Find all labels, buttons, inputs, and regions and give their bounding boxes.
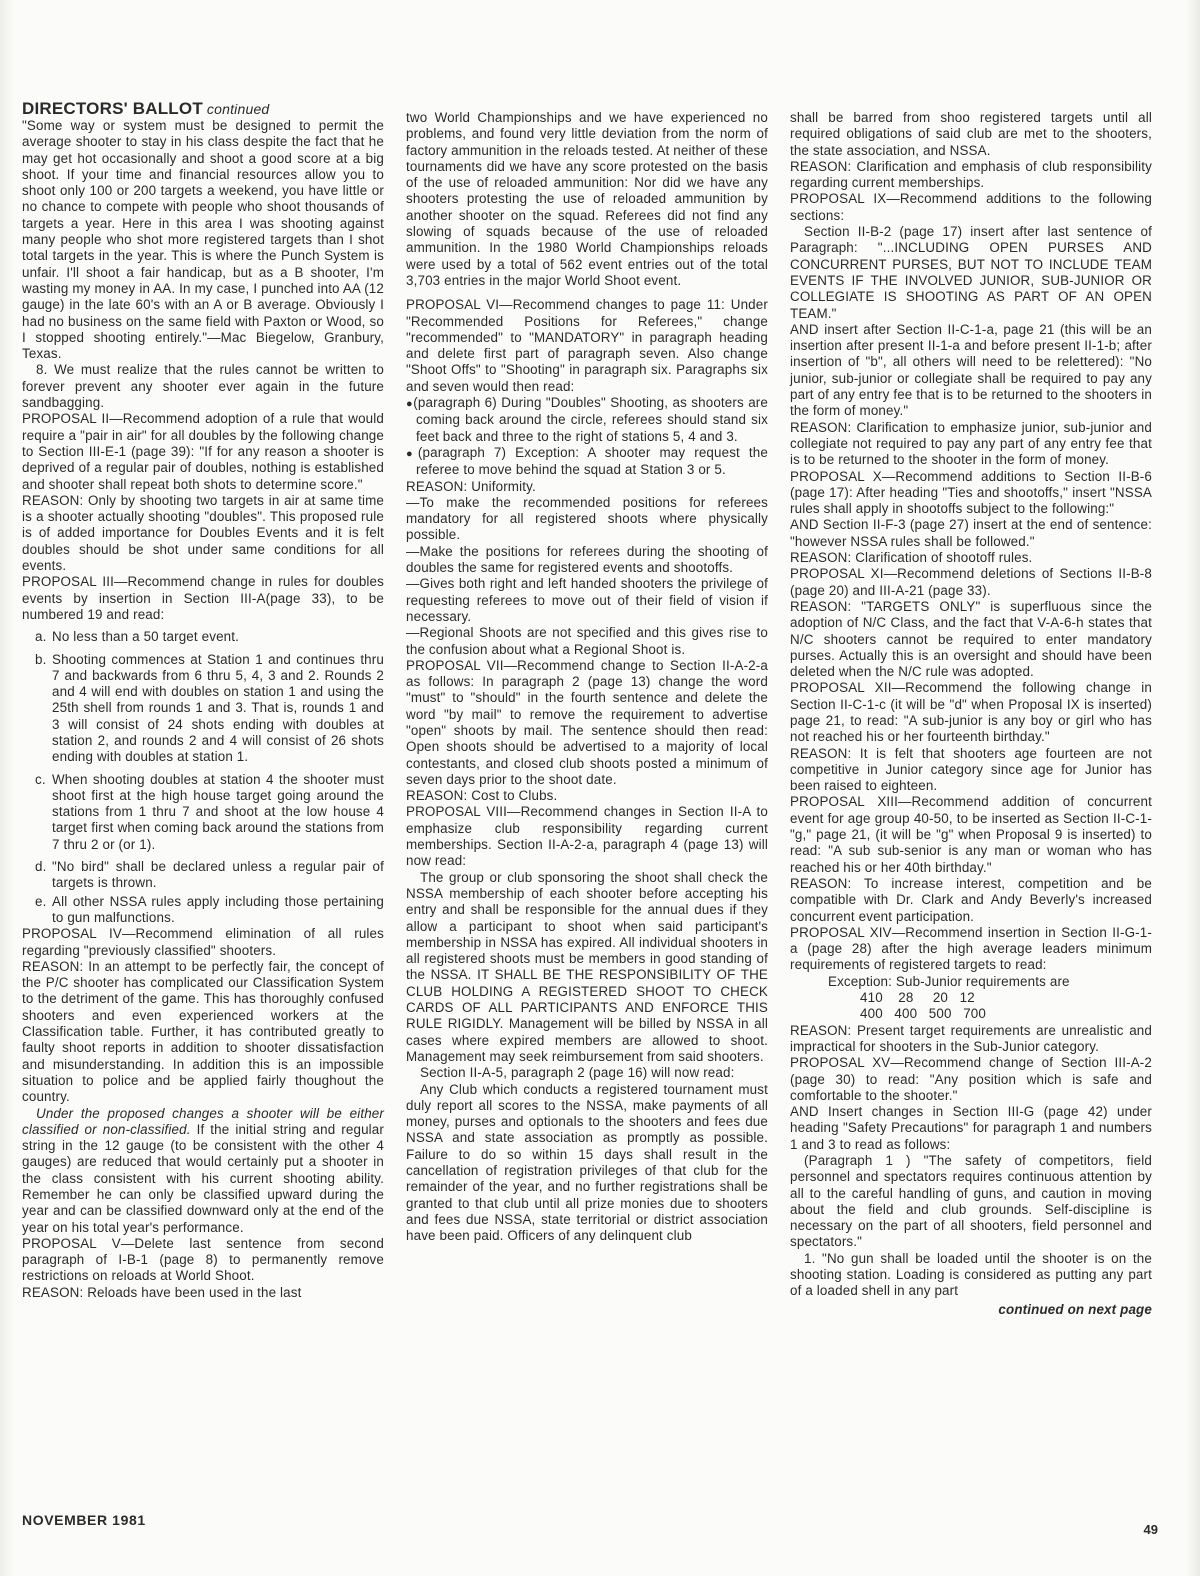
proposal-10: PROPOSAL X—Recommend additions to Sectio… bbox=[790, 469, 1152, 518]
proposal-8-text-b: Section II-A-5, paragraph 2 (page 16) wi… bbox=[406, 1065, 768, 1081]
proposal-4: PROPOSAL IV—Recommend elimination of all… bbox=[22, 926, 384, 959]
reason-12: REASON: It is felt that shooters age fou… bbox=[790, 746, 1152, 795]
column-1: DIRECTORS' BALLOTcontinued "Some way or … bbox=[22, 100, 384, 1301]
column-2: two World Championships and we have expe… bbox=[406, 110, 768, 1244]
reason-11: REASON: "TARGETS ONLY" is superfluous si… bbox=[790, 599, 1152, 680]
scan-edge-right bbox=[1186, 0, 1200, 1576]
quote-paragraph: "Some way or system must be designed to … bbox=[22, 118, 384, 362]
title-text: DIRECTORS' BALLOT bbox=[22, 99, 203, 118]
proposal-8: PROPOSAL VIII—Recommend changes in Secti… bbox=[406, 804, 768, 869]
proposal-5: PROPOSAL V—Delete last sentence from sec… bbox=[22, 1236, 384, 1285]
bullet-paragraph-6: ●(paragraph 6) During "Doubles" Shooting… bbox=[406, 395, 768, 445]
proposal-3-list: a.No less than a 50 target event. b.Shoo… bbox=[22, 629, 384, 926]
proposal-14: PROPOSAL XIV—Recommend insertion in Sect… bbox=[790, 925, 1152, 974]
reason-4: REASON: In an attempt to be perfectly fa… bbox=[22, 959, 384, 1106]
column-3: shall be barred from shoo registered tar… bbox=[790, 110, 1152, 1318]
requirements-row-1: 410 28 20 12 bbox=[790, 990, 1152, 1006]
exception-line: Exception: Sub-Junior requirements are bbox=[790, 974, 1152, 990]
proposal-9: PROPOSAL IX—Recommend additions to the f… bbox=[790, 191, 1152, 224]
reason-9: REASON: Clarification to emphasize junio… bbox=[790, 420, 1152, 469]
reason-6-point: —Regional Shoots are not specified and t… bbox=[406, 625, 768, 658]
reason-5-continued: two World Championships and we have expe… bbox=[406, 110, 768, 289]
proposal-8-text-c: Any Club which conducts a registered tou… bbox=[406, 1082, 768, 1245]
bullet-icon: ● bbox=[406, 448, 418, 460]
article-title: DIRECTORS' BALLOTcontinued bbox=[22, 100, 384, 118]
proposal-15: PROPOSAL XV—Recommend change of Section … bbox=[790, 1055, 1152, 1104]
reason-6: REASON: Uniformity. bbox=[406, 479, 768, 495]
proposal-8-text-continued: shall be barred from shoo registered tar… bbox=[790, 110, 1152, 159]
proposal-4-detail: Under the proposed changes a shooter wil… bbox=[22, 1106, 384, 1236]
issue-date: NOVEMBER 1981 bbox=[22, 1512, 146, 1528]
proposal-12: PROPOSAL XII—Recommend the following cha… bbox=[790, 680, 1152, 745]
list-item: c.When shooting doubles at station 4 the… bbox=[22, 772, 384, 853]
reason-8: REASON: Clarification and emphasis of cl… bbox=[790, 159, 1152, 192]
title-continued: continued bbox=[207, 101, 270, 117]
proposal-15-text-c: 1. "No gun shall be loaded until the sho… bbox=[790, 1251, 1152, 1300]
proposal-7: PROPOSAL VII—Recommend change to Section… bbox=[406, 658, 768, 788]
proposal-8-text-a: The group or club sponsoring the shoot s… bbox=[406, 870, 768, 1066]
reason-6-point: —To make the recommended positions for r… bbox=[406, 495, 768, 544]
reason-6-point: —Make the positions for referees during … bbox=[406, 544, 768, 577]
continued-on-next-page: continued on next page bbox=[790, 1302, 1152, 1318]
page-number: 49 bbox=[1144, 1522, 1158, 1537]
proposal-13: PROPOSAL XIII—Recommend addition of conc… bbox=[790, 794, 1152, 875]
list-item: e.All other NSSA rules apply including t… bbox=[22, 894, 384, 927]
proposal-9-text-a: Section II-B-2 (page 17) insert after la… bbox=[790, 224, 1152, 322]
reason-14: REASON: Present target requirements are … bbox=[790, 1023, 1152, 1056]
magazine-page: DIRECTORS' BALLOTcontinued "Some way or … bbox=[22, 100, 1172, 1520]
proposal-10-text: AND Section II-F-3 (page 27) insert at t… bbox=[790, 517, 1152, 550]
reason-10: REASON: Clarification of shootoff rules. bbox=[790, 550, 1152, 566]
reason-6-point: —Gives both right and left handed shoote… bbox=[406, 576, 768, 625]
point-8: 8. We must realize that the rules cannot… bbox=[22, 362, 384, 411]
proposal-6: PROPOSAL VI—Recommend changes to page 11… bbox=[406, 297, 768, 395]
reason-5-start: REASON: Reloads have been used in the la… bbox=[22, 1285, 384, 1301]
proposal-3: PROPOSAL III—Recommend change in rules f… bbox=[22, 574, 384, 623]
proposal-15-text-a: AND Insert changes in Section III-G (pag… bbox=[790, 1104, 1152, 1153]
reason-13: REASON: To increase interest, competitio… bbox=[790, 876, 1152, 925]
list-item: d."No bird" shall be declared unless a r… bbox=[22, 859, 384, 892]
reason-7: REASON: Cost to Clubs. bbox=[406, 788, 768, 804]
list-item: b.Shooting commences at Station 1 and co… bbox=[22, 652, 384, 766]
scan-edge-left bbox=[0, 0, 14, 1576]
proposal-9-text-b: AND insert after Section II-C-1-a, page … bbox=[790, 322, 1152, 420]
proposal-2: PROPOSAL II—Recommend adoption of a rule… bbox=[22, 411, 384, 492]
reason-2: REASON: Only by shooting two targets in … bbox=[22, 493, 384, 574]
proposal-15-text-b: (Paragraph 1 ) "The safety of competitor… bbox=[790, 1153, 1152, 1251]
proposal-11: PROPOSAL XI—Recommend deletions of Secti… bbox=[790, 566, 1152, 599]
requirements-row-2: 400 400 500 700 bbox=[790, 1006, 1152, 1022]
bullet-paragraph-7: ●(paragraph 7) Exception: A shooter may … bbox=[406, 445, 768, 479]
list-item: a.No less than a 50 target event. bbox=[22, 629, 384, 645]
